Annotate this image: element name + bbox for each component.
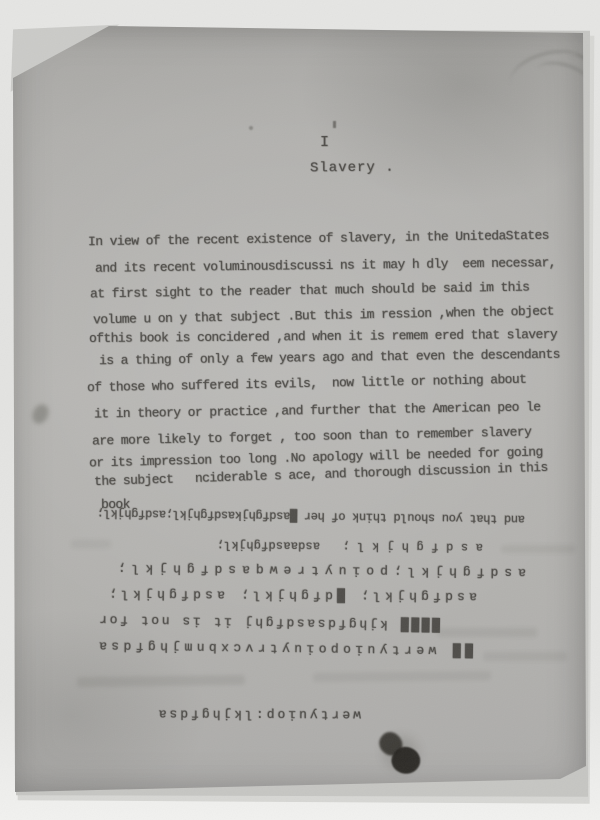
paragraph-line: at first sight to the reader that much s… bbox=[90, 280, 529, 302]
paragraph-line: In view of the recent existence of slave… bbox=[88, 228, 549, 249]
ink-blot bbox=[387, 742, 425, 780]
paragraph-line: ofthis book is concidered ,and when it i… bbox=[89, 327, 557, 346]
typing-practice-line-upside-down: ██ wertyuiopoiuytrvcxbnmjhgfdsa bbox=[93, 638, 473, 658]
chapter-title: Slavery . bbox=[310, 161, 395, 177]
typing-practice-line-upside-down: and that you should think of her █asdfgh… bbox=[101, 505, 525, 526]
paragraph-line: and its recent voluminousdiscussi ns it … bbox=[95, 255, 556, 276]
typing-practice-line-upside-down: asdfghjkl; █dfghjkl; asdfghjkl; bbox=[105, 587, 477, 605]
paragraph-line: volume u on y that subject .But this im … bbox=[93, 304, 554, 328]
paragraph-line: is a thing of only a few years ago and t… bbox=[99, 347, 560, 368]
paragraph-line: of those who suffered its evils, now lit… bbox=[87, 372, 526, 395]
bleed-through-smudge bbox=[501, 545, 575, 553]
ink-speck bbox=[249, 126, 253, 130]
bleed-through-smudge bbox=[313, 671, 491, 682]
margin-smudge bbox=[29, 402, 51, 426]
bleed-through-smudge bbox=[483, 652, 567, 661]
typewritten-page: I Slavery . In view of the recent existe… bbox=[13, 26, 586, 792]
photographed-manuscript-page: I Slavery . In view of the recent existe… bbox=[0, 0, 600, 820]
pencil-smudge bbox=[555, 49, 600, 95]
typing-practice-line-upside-down: a s d f g h j k l ; asdaasdfghjkl; bbox=[218, 537, 483, 554]
pencil-smudge bbox=[505, 43, 596, 107]
paragraph-line: are more likely to forget , too soon tha… bbox=[92, 424, 531, 448]
bleed-through-smudge bbox=[71, 540, 111, 548]
ink-blot bbox=[375, 728, 408, 760]
typing-practice-line-upside-down: asdfghjkl;poiuytrewqasdfghjkl; bbox=[106, 561, 526, 580]
ink-blot-halo bbox=[369, 722, 433, 784]
bleed-through-smudge bbox=[77, 675, 245, 687]
pencil-smudge bbox=[532, 56, 596, 102]
bleed-through-smudge bbox=[437, 628, 537, 637]
chapter-number: I bbox=[320, 135, 329, 150]
typing-practice-line-upside-down: ████ kjhgfdsasdfghj it is not for bbox=[95, 612, 440, 633]
paragraph-line: it in theory or practice ,and further th… bbox=[94, 399, 541, 421]
ink-speck bbox=[333, 121, 336, 128]
typing-practice-line-upside-down: wertyuiop:lkjhgfdsa bbox=[156, 706, 361, 722]
